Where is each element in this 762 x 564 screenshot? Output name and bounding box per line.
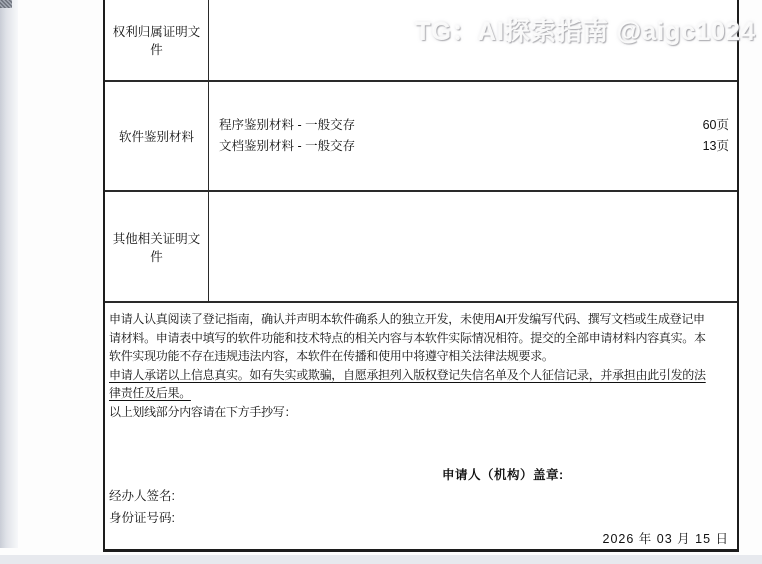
id-number-label: 身份证号码:: [109, 508, 175, 526]
material-name: 程序鉴别材料 - 一般交存: [215, 115, 355, 136]
row-label-other-documents: 其他相关证明文件: [105, 192, 209, 301]
document-page: TG：AI探索指南 @aigc1024 权利归属证明文件 软件鉴别材料 程序鉴别…: [0, 0, 762, 564]
declaration-line: 软件实现功能不存在违规违法内容，本软件在传播和使用中将遵守相关法律法规要求。: [109, 347, 733, 366]
material-pages: 13页: [703, 136, 731, 157]
declaration-line: 请材料。申请表中填写的软件功能和技术特点的相关内容与本软件实际情况相符。提交的全…: [109, 329, 733, 348]
watermark-text: TG：AI探索指南 @aigc1024: [415, 12, 756, 48]
page-bottom-edge: [0, 555, 762, 564]
row-label-identification-materials: 软件鉴别材料: [105, 82, 209, 190]
other-documents-content: [209, 192, 737, 301]
table-row: 软件鉴别材料 程序鉴别材料 - 一般交存 60页 文档鉴别材料 - 一般交存 1…: [105, 82, 737, 192]
material-pages: 60页: [703, 115, 731, 136]
identification-materials-content: 程序鉴别材料 - 一般交存 60页 文档鉴别材料 - 一般交存 13页: [209, 82, 737, 190]
application-form-table: 权利归属证明文件 软件鉴别材料 程序鉴别材料 - 一般交存 60页 文档鉴别材料…: [103, 0, 739, 552]
declaration-underlined-line: 律责任及后果。: [109, 384, 733, 403]
material-line: 文档鉴别材料 - 一般交存 13页: [215, 136, 731, 157]
declaration-underlined-line: 申请人承诺以上信息真实。如有失实或欺骗，自愿承担列入版权登记失信名单及个人征信记…: [109, 366, 733, 385]
row-label-rights-ownership: 权利归属证明文件: [105, 0, 209, 80]
date-field: 2026 年 03 月 15 日: [603, 529, 729, 547]
material-line: 程序鉴别材料 - 一般交存 60页: [215, 115, 731, 136]
table-row: 其他相关证明文件: [105, 192, 737, 303]
material-name: 文档鉴别材料 - 一般交存: [215, 136, 355, 157]
declaration-line: 申请人认真阅读了登记指南，确认并声明本软件确系人的独立开发，未使用AI开发编写代…: [109, 310, 733, 329]
declaration-section: 申请人认真阅读了登记指南，确认并声明本软件确系人的独立开发，未使用AI开发编写代…: [105, 303, 737, 549]
applicant-seal-label: 申请人（机构）盖章:: [442, 465, 564, 483]
window-corner-icon: [0, 0, 12, 8]
viewer-left-panel-edge: [0, 0, 18, 548]
agent-signature-label: 经办人签名:: [109, 486, 175, 504]
handwrite-note: 以上划线部分内容请在下方手抄写：: [109, 403, 733, 422]
